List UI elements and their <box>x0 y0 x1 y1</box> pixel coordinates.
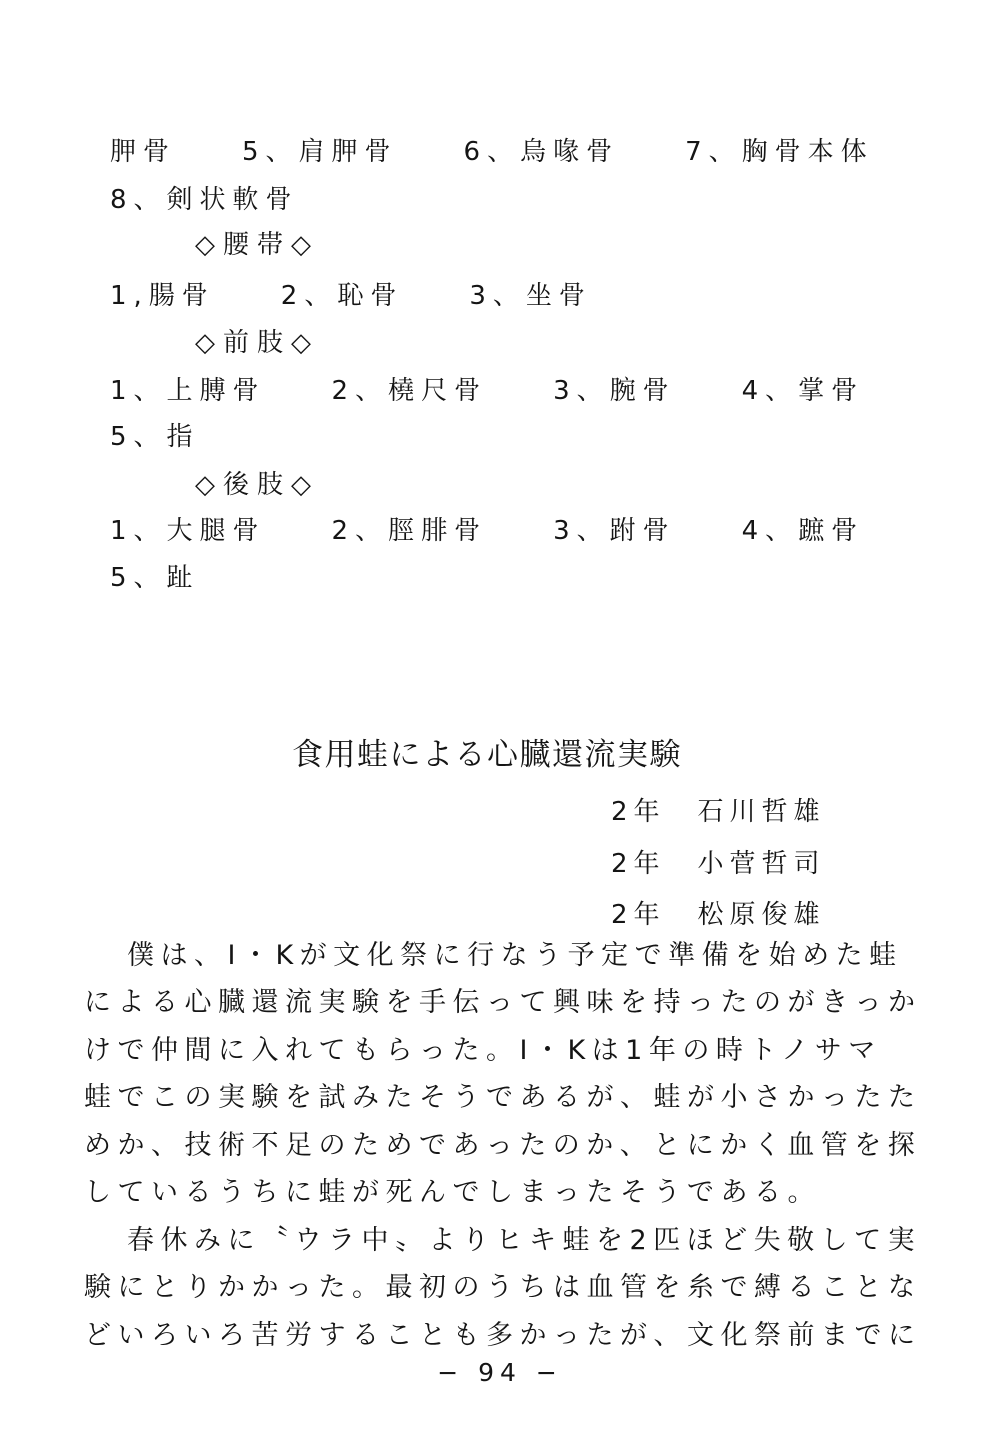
bone-list-pelvic-line: 1,腸骨 2、恥骨 3、坐骨 <box>110 283 592 309</box>
body-line-8: 験にとりかかった。最初のうちは血管を糸で縛ることな <box>84 1274 922 1301</box>
body-line-9: どいろいろ苦労することも多かったが、文化祭前までに <box>84 1322 922 1349</box>
article-title: 食用蛙による心臓還流実験 <box>292 740 682 771</box>
body-line-1: 僕は、I・Kが文化祭に行なう予定で準備を始めた蛙 <box>84 942 903 969</box>
body-line-4: 蛙でこの実験を試みたそうであるが、蛙が小さかったた <box>84 1084 922 1111</box>
page-number: − 94 − <box>0 1360 1000 1385</box>
body-line-6: しているうちに蛙が死んでしまったそうである。 <box>84 1179 821 1206</box>
bone-list-forelimb-line-1: 1、上膊骨 2、橈尺骨 3、腕骨 4、掌骨 <box>110 378 864 404</box>
body-line-7: 春休みに〝ウラ中〟よりヒキ蛙を2匹ほど失敬して実 <box>84 1227 921 1254</box>
author-line-3: 2年 松原俊雄 <box>611 902 826 928</box>
bone-list-hindlimb-line-1: 1、大腿骨 2、脛腓骨 3、跗骨 4、蹠骨 <box>110 518 864 544</box>
section-heading-forelimb: ◇前肢◇ <box>195 330 319 356</box>
body-line-2: による心臓還流実験を手伝って興味を持ったのがきっか <box>84 989 922 1016</box>
bone-list-shoulder-girdle-line-2: 8、剣状軟骨 <box>110 187 299 213</box>
bone-list-hindlimb-line-2: 5、趾 <box>110 565 200 591</box>
scanned-document-page: 胛骨 5、肩胛骨 6、烏喙骨 7、胸骨本体 8、剣状軟骨 ◇腰帯◇ 1,腸骨 2… <box>0 0 1000 1446</box>
section-heading-pelvic-girdle: ◇腰帯◇ <box>195 232 319 258</box>
bone-list-shoulder-girdle-line: 胛骨 5、肩胛骨 6、烏喙骨 7、胸骨本体 <box>110 139 874 165</box>
author-line-2: 2年 小菅哲司 <box>611 851 826 877</box>
body-line-3: けで仲間に入れてもらった。I・Kは1年の時トノサマ <box>84 1037 882 1064</box>
body-line-5: めか、技術不足のためであったのか、とにかく血管を探 <box>84 1132 921 1159</box>
bone-list-forelimb-line-2: 5、指 <box>110 424 200 450</box>
section-heading-hindlimb: ◇後肢◇ <box>195 472 319 498</box>
author-line-1: 2年 石川哲雄 <box>611 799 826 825</box>
